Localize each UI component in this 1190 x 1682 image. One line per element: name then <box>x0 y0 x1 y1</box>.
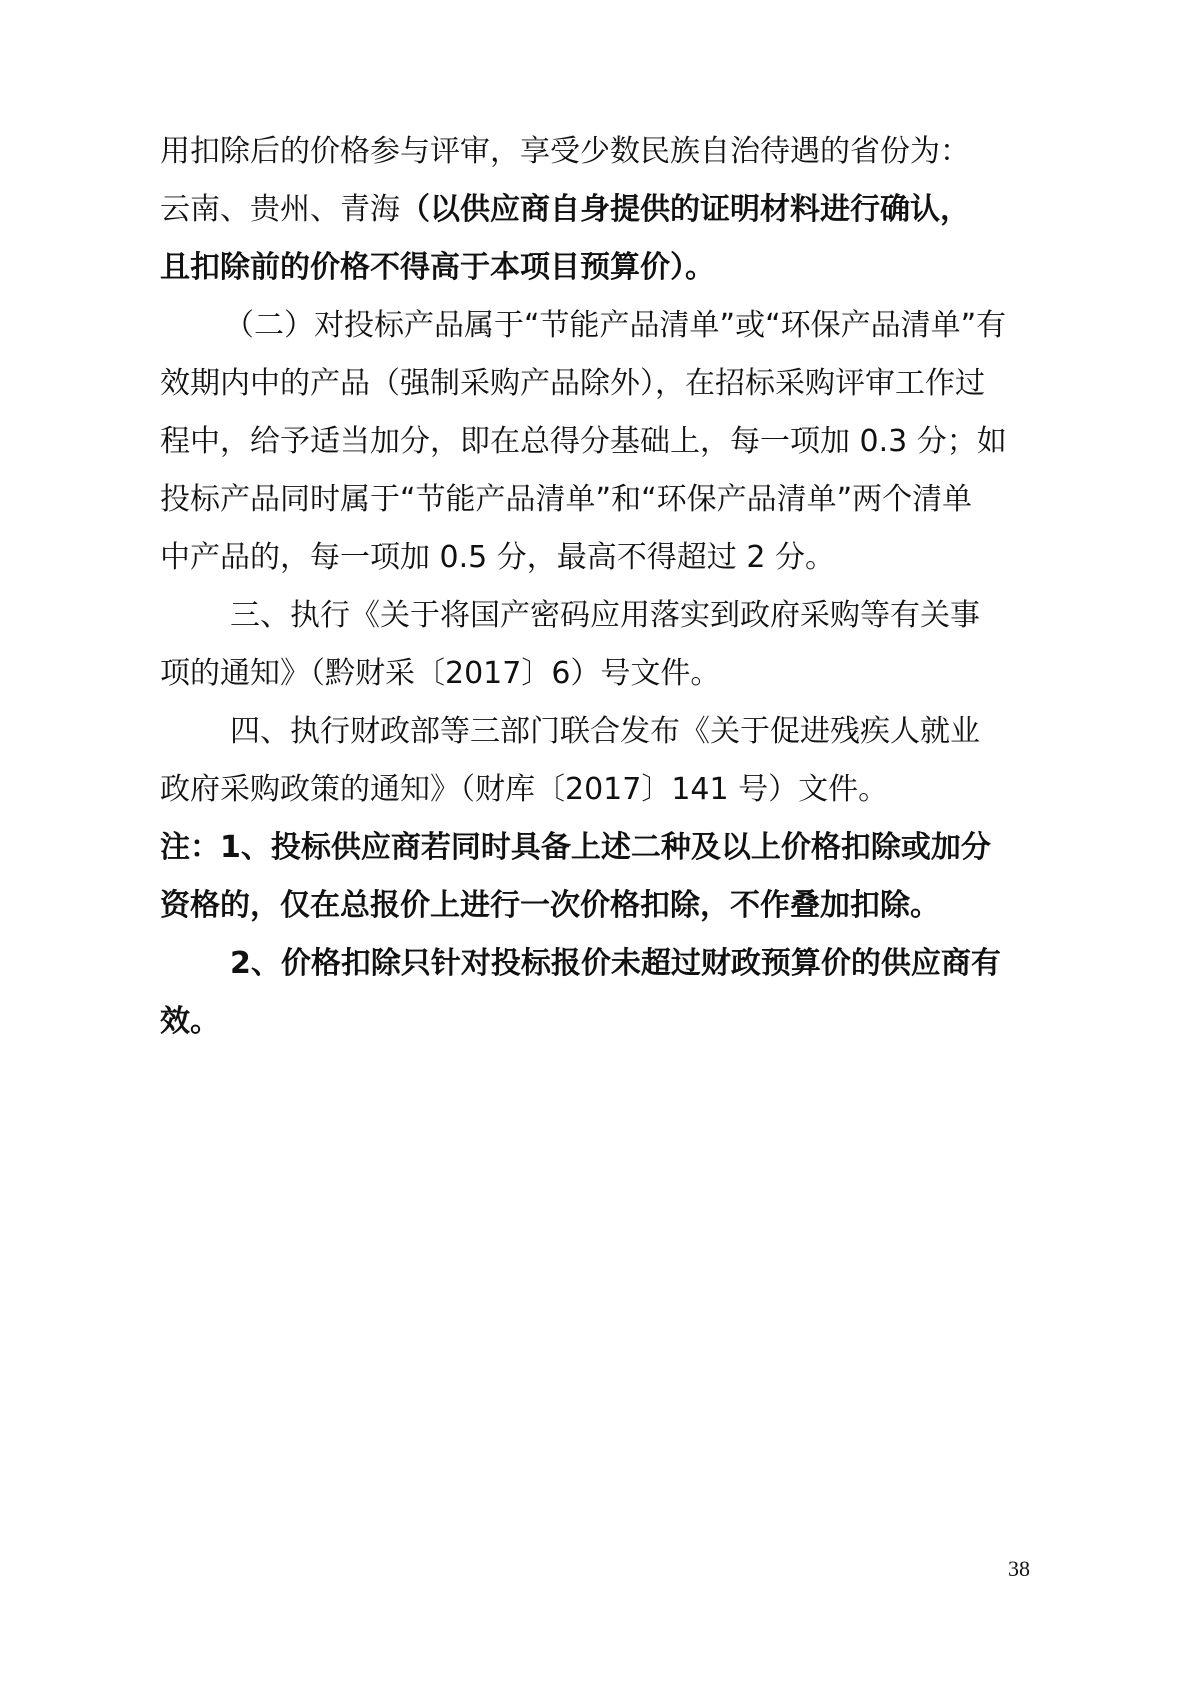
text-run: 程中，给予适当加分，即在总得分基础上，每一项加 0.3 分；如 <box>160 424 1007 459</box>
text-line: 效期内中的产品（强制采购产品除外），在招标采购评审工作过 <box>160 364 985 404</box>
text-run: 用扣除后的价格参与评审，享受少数民族自治待遇的省份为： <box>160 134 970 169</box>
text-line: 云南、贵州、青海（以供应商自身提供的证明材料进行确认， <box>160 190 970 230</box>
bold-text-run: 效。 <box>160 1004 220 1039</box>
text-run: 项的通知》（黔财采〔2017〕6）号文件。 <box>160 656 720 691</box>
text-run: 四、执行财政部等三部门联合发布《关于促进残疾人就业 <box>230 714 980 749</box>
text-run: 投标产品同时属于“节能产品清单”和“环保产品清单”两个清单 <box>160 482 972 517</box>
text-run: 效期内中的产品（强制采购产品除外），在招标采购评审工作过 <box>160 366 985 401</box>
bold-text-run: （以供应商自身提供的证明材料进行确认， <box>400 192 970 227</box>
note-line: 资格的，仅在总报价上进行一次价格扣除，不作叠加扣除。 <box>160 886 940 926</box>
text-run: 政府采购政策的通知》（财库〔2017〕141 号）文件。 <box>160 772 888 807</box>
text-line: 程中，给予适当加分，即在总得分基础上，每一项加 0.3 分；如 <box>160 422 1007 462</box>
bold-text-run: 且扣除前的价格不得高于本项目预算价）。 <box>160 250 715 285</box>
text-line-indented: （二）对投标产品属于“节能产品清单”或“环保产品清单”有 <box>224 306 1006 346</box>
bold-text-run: 注：1、投标供应商若同时具备上述二种及以上价格扣除或加分 <box>160 830 991 865</box>
text-line: 项的通知》（黔财采〔2017〕6）号文件。 <box>160 654 720 694</box>
note-line: 效。 <box>160 1002 220 1042</box>
text-run: （二）对投标产品属于“节能产品清单”或“环保产品清单”有 <box>224 308 1006 343</box>
text-run: 云南、贵州、青海 <box>160 192 400 227</box>
text-run: 三、执行《关于将国产密码应用落实到政府采购等有关事 <box>230 598 980 633</box>
text-line: 用扣除后的价格参与评审，享受少数民族自治待遇的省份为： <box>160 132 970 172</box>
bold-text-run: 2、价格扣除只针对投标报价未超过财政预算价的供应商有 <box>230 946 1001 981</box>
text-line: 政府采购政策的通知》（财库〔2017〕141 号）文件。 <box>160 770 888 810</box>
text-run: 中产品的，每一项加 0.5 分，最高不得超过 2 分。 <box>160 540 835 575</box>
text-line: 投标产品同时属于“节能产品清单”和“环保产品清单”两个清单 <box>160 480 972 520</box>
text-line-indented: 四、执行财政部等三部门联合发布《关于促进残疾人就业 <box>230 712 980 752</box>
bold-text-run: 资格的，仅在总报价上进行一次价格扣除，不作叠加扣除。 <box>160 888 940 923</box>
text-line: 且扣除前的价格不得高于本项目预算价）。 <box>160 248 715 288</box>
text-line-indented: 三、执行《关于将国产密码应用落实到政府采购等有关事 <box>230 596 980 636</box>
note-line: 注：1、投标供应商若同时具备上述二种及以上价格扣除或加分 <box>160 828 991 868</box>
text-line: 中产品的，每一项加 0.5 分，最高不得超过 2 分。 <box>160 538 835 578</box>
page-number: 38 <box>1008 1556 1030 1582</box>
note-line-indented: 2、价格扣除只针对投标报价未超过财政预算价的供应商有 <box>230 944 1001 984</box>
